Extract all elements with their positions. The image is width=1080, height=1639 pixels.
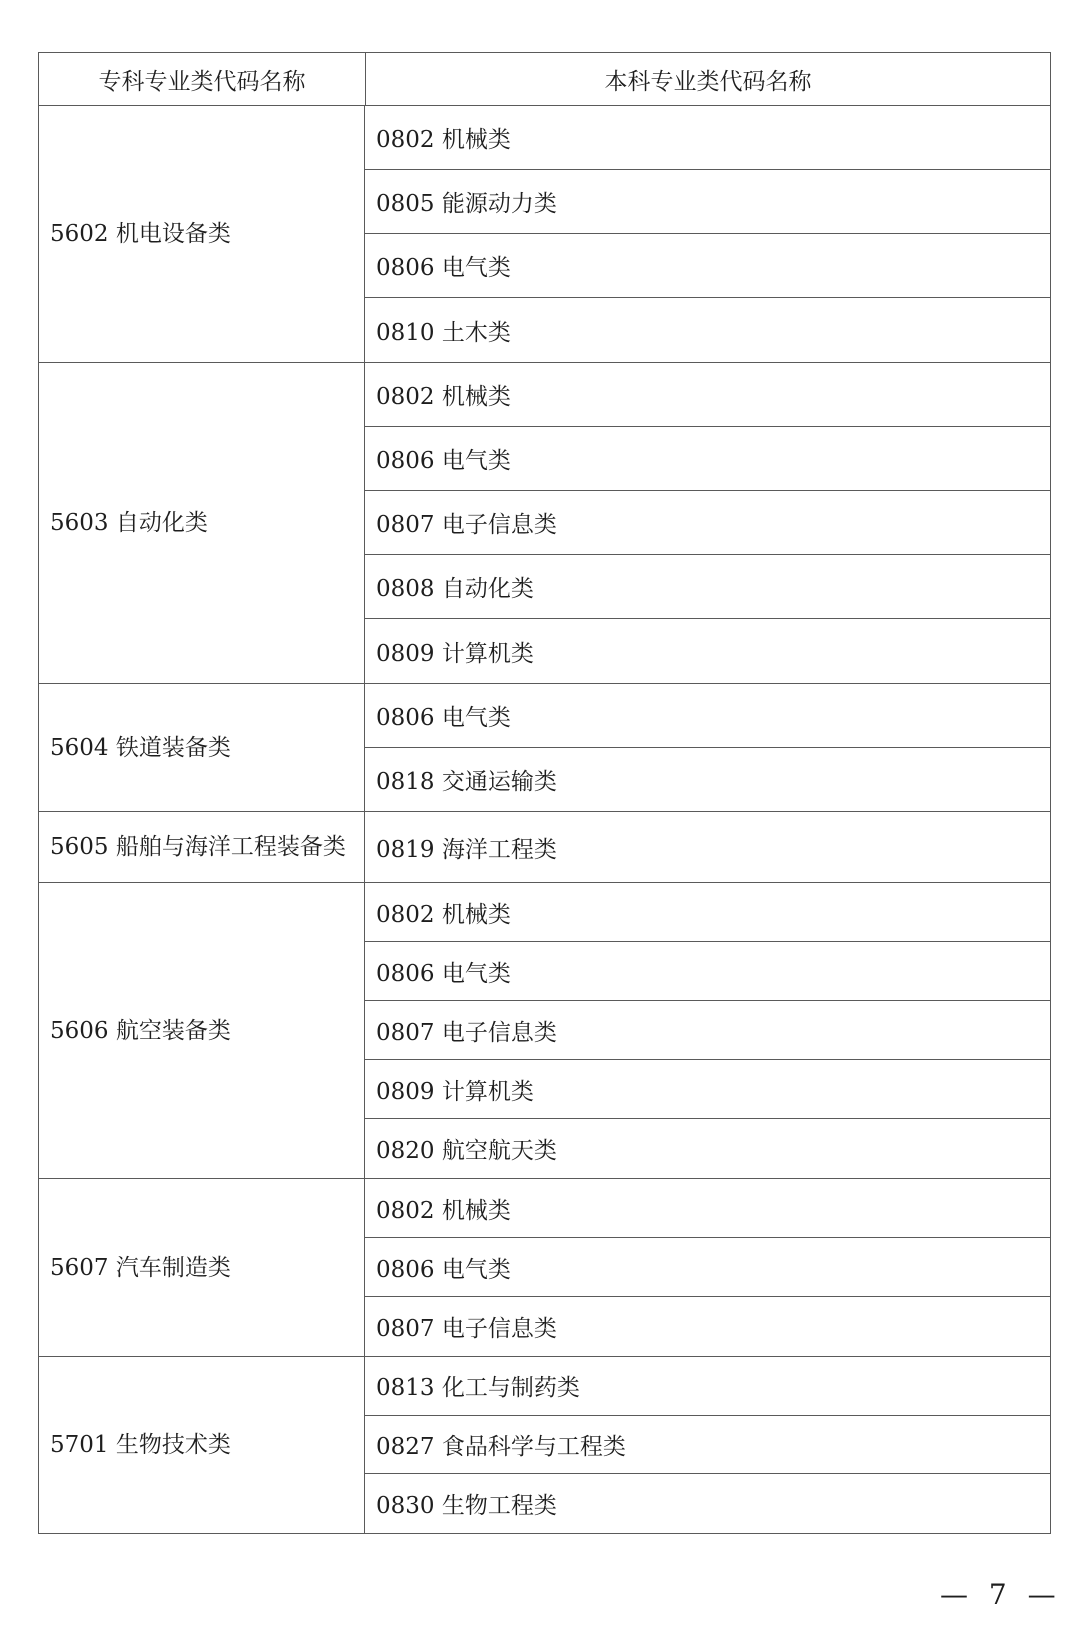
undergrad-category-cell: 0806 电气类 [365, 1238, 1050, 1297]
undergrad-category-list: 0802 机械类0805 能源动力类0806 电气类0810 土木类 [365, 106, 1050, 362]
undergrad-category-cell: 0813 化工与制药类 [365, 1357, 1050, 1416]
undergrad-category-cell: 0820 航空航天类 [365, 1119, 1050, 1178]
undergrad-category-list: 0819 海洋工程类 [365, 812, 1050, 882]
vocational-category-cell: 5605 船舶与海洋工程装备类 [39, 812, 365, 882]
table-group: 5606 航空装备类0802 机械类0806 电气类0807 电子信息类0809… [39, 883, 1050, 1179]
undergrad-category-cell: 0819 海洋工程类 [365, 812, 1050, 882]
vocational-category-cell: 5606 航空装备类 [39, 883, 365, 1178]
header-vocational: 专科专业类代码名称 [39, 53, 366, 105]
table-group: 5604 铁道装备类0806 电气类0818 交通运输类 [39, 684, 1050, 812]
undergrad-category-cell: 0802 机械类 [365, 106, 1050, 170]
vocational-category-cell: 5604 铁道装备类 [39, 684, 365, 811]
undergrad-category-cell: 0802 机械类 [365, 363, 1050, 427]
table-header: 专科专业类代码名称 本科专业类代码名称 [39, 53, 1050, 106]
undergrad-category-cell: 0827 食品科学与工程类 [365, 1416, 1050, 1475]
undergrad-category-cell: 0805 能源动力类 [365, 170, 1050, 234]
undergrad-category-cell: 0810 土木类 [365, 298, 1050, 362]
undergrad-category-cell: 0830 生物工程类 [365, 1474, 1050, 1533]
undergrad-category-cell: 0806 电气类 [365, 234, 1050, 298]
undergrad-category-cell: 0806 电气类 [365, 942, 1050, 1001]
undergrad-category-cell: 0809 计算机类 [365, 619, 1050, 683]
undergrad-category-cell: 0802 机械类 [365, 1179, 1050, 1238]
undergrad-category-list: 0813 化工与制药类0827 食品科学与工程类0830 生物工程类 [365, 1357, 1050, 1533]
vocational-category-cell: 5603 自动化类 [39, 363, 365, 683]
undergrad-category-cell: 0806 电气类 [365, 427, 1050, 491]
vocational-category-cell: 5701 生物技术类 [39, 1357, 365, 1533]
table-group: 5701 生物技术类0813 化工与制药类0827 食品科学与工程类0830 生… [39, 1357, 1050, 1533]
undergrad-category-cell: 0807 电子信息类 [365, 1297, 1050, 1356]
table-group: 5602 机电设备类0802 机械类0805 能源动力类0806 电气类0810… [39, 106, 1050, 363]
table-group: 5605 船舶与海洋工程装备类0819 海洋工程类 [39, 812, 1050, 883]
table-body: 5602 机电设备类0802 机械类0805 能源动力类0806 电气类0810… [39, 106, 1050, 1533]
vocational-category-cell: 5607 汽车制造类 [39, 1179, 365, 1356]
undergrad-category-list: 0806 电气类0818 交通运输类 [365, 684, 1050, 811]
undergrad-category-cell: 0809 计算机类 [365, 1060, 1050, 1119]
undergrad-category-cell: 0802 机械类 [365, 883, 1050, 942]
table-group: 5607 汽车制造类0802 机械类0806 电气类0807 电子信息类 [39, 1179, 1050, 1357]
undergrad-category-list: 0802 机械类0806 电气类0807 电子信息类0809 计算机类0820 … [365, 883, 1050, 1178]
header-undergrad: 本科专业类代码名称 [366, 53, 1050, 105]
undergrad-category-cell: 0807 电子信息类 [365, 491, 1050, 555]
undergrad-category-list: 0802 机械类0806 电气类0807 电子信息类0808 自动化类0809 … [365, 363, 1050, 683]
undergrad-category-cell: 0808 自动化类 [365, 555, 1050, 619]
undergrad-category-cell: 0818 交通运输类 [365, 748, 1050, 812]
page-number: — 7 — [940, 1578, 1062, 1611]
mapping-table: 专科专业类代码名称 本科专业类代码名称 5602 机电设备类0802 机械类08… [38, 52, 1051, 1534]
undergrad-category-list: 0802 机械类0806 电气类0807 电子信息类 [365, 1179, 1050, 1356]
vocational-category-cell: 5602 机电设备类 [39, 106, 365, 362]
table-group: 5603 自动化类0802 机械类0806 电气类0807 电子信息类0808 … [39, 363, 1050, 684]
undergrad-category-cell: 0806 电气类 [365, 684, 1050, 748]
undergrad-category-cell: 0807 电子信息类 [365, 1001, 1050, 1060]
